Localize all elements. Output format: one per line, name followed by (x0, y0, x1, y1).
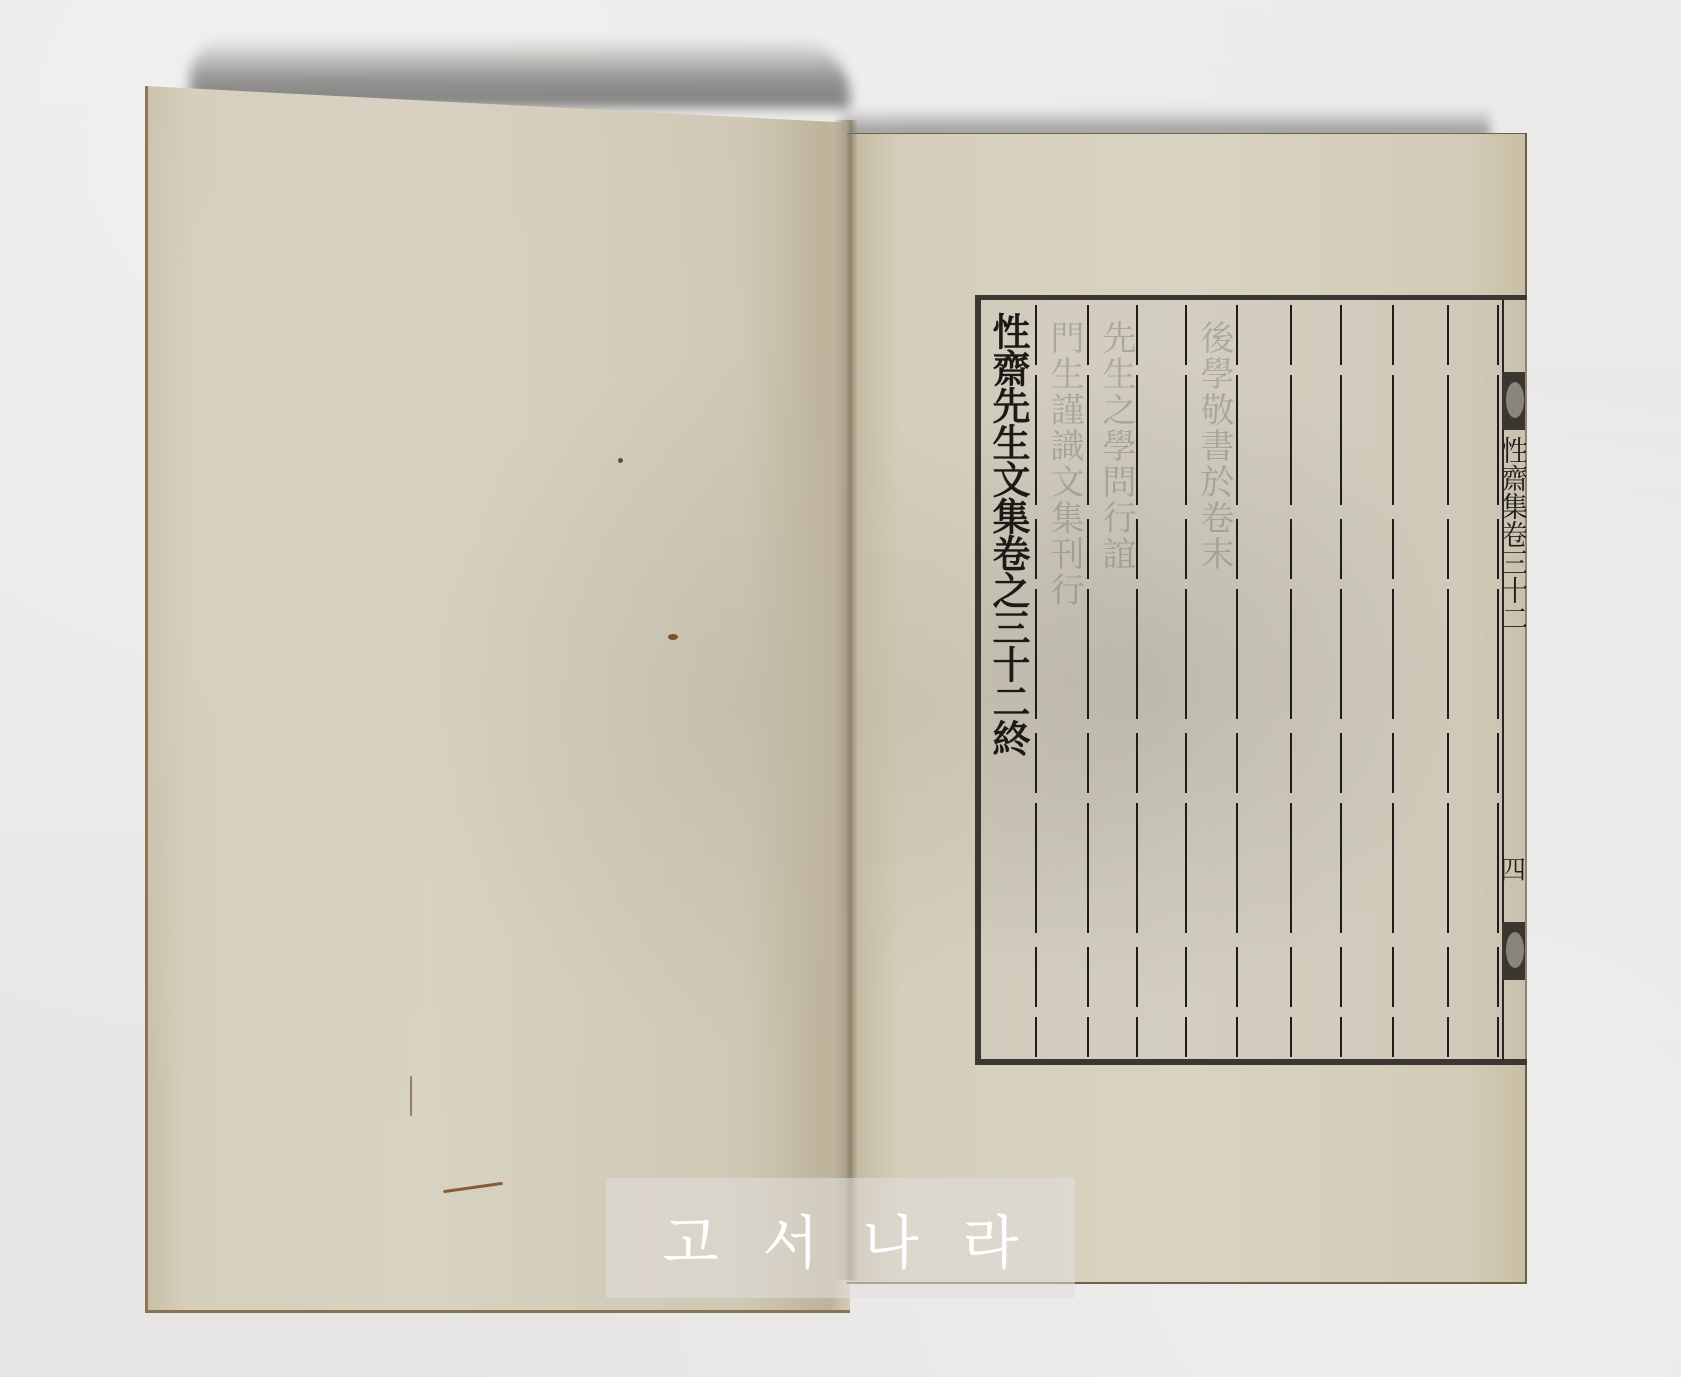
fold-page-number: 四 (1500, 850, 1526, 887)
paper-speck (668, 634, 678, 640)
bleed-through-text: 先生之學問行誼 (1092, 320, 1141, 1040)
fishtail-ornament-icon (1502, 922, 1525, 980)
column-line (1185, 305, 1187, 1057)
bleed-through-text: 後學敬書於卷末 (1190, 320, 1239, 1040)
column-line (1290, 305, 1292, 1057)
paper-fiber (410, 1076, 412, 1116)
bleed-through-text: 門生謹識文集刊行 (1040, 320, 1089, 1040)
column-line (1497, 305, 1499, 1057)
paper-fiber (443, 1182, 503, 1193)
left-page-blank (145, 86, 850, 1313)
book-gutter (832, 120, 858, 1280)
fold-title: 性齋集卷三十二 (1500, 436, 1526, 632)
column-line (1447, 305, 1449, 1057)
watermark: 고서나라 (606, 1178, 1075, 1298)
column-line (1392, 305, 1394, 1057)
closing-title: 性齋先生文集卷之三十二終 (985, 312, 1031, 756)
fishtail-ornament-icon (1502, 372, 1525, 430)
paper-speck (618, 458, 623, 463)
column-line (1035, 305, 1037, 1057)
column-line (1340, 305, 1342, 1057)
watermark-text: 고서나라 (662, 1196, 1062, 1280)
